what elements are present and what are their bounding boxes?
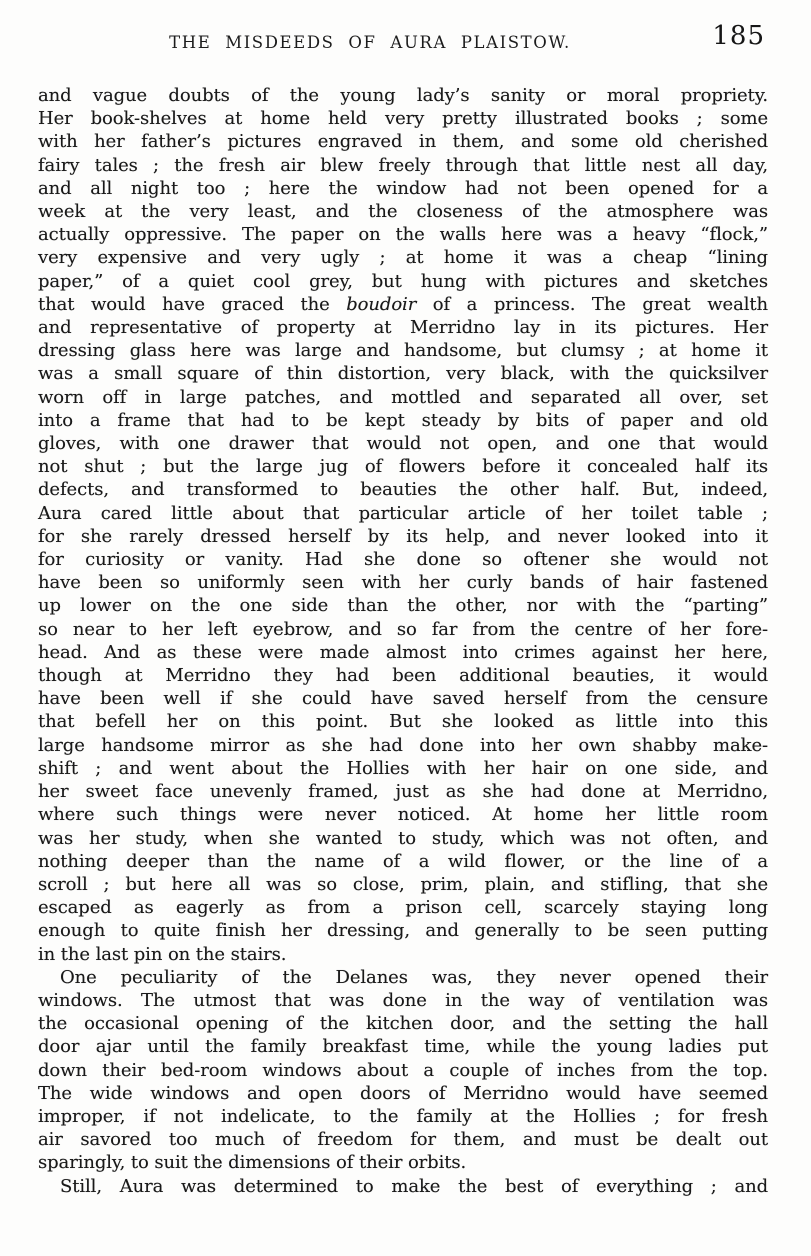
page-body: and vague doubts of the young lady’s san… bbox=[38, 84, 768, 1198]
text-line: shift ; and went about the Hollies with … bbox=[38, 757, 768, 780]
text-segment: Aura cared little about that particular … bbox=[38, 503, 768, 524]
text-segment: and representative of property at Merrid… bbox=[38, 317, 768, 338]
text-line: have been so uniformly seen with her cur… bbox=[38, 571, 768, 594]
text-segment: the occasional opening of the kitchen do… bbox=[38, 1013, 768, 1034]
text-segment: large handsome mirror as she had done in… bbox=[38, 735, 768, 756]
text-line: very expensive and very ugly ; at home i… bbox=[38, 246, 768, 269]
running-header-title: THE MISDEEDS OF AURA PLAISTOW. bbox=[120, 33, 620, 52]
text-line: fairy tales ; the fresh air blew freely … bbox=[38, 154, 768, 177]
text-segment: very expensive and very ugly ; at home i… bbox=[38, 247, 768, 268]
text-line: Her book-shelves at home held very prett… bbox=[38, 107, 768, 130]
text-line: large handsome mirror as she had done in… bbox=[38, 734, 768, 757]
text-segment: One peculiarity of the Delanes was, they… bbox=[60, 967, 768, 988]
text-line: worn off in large patches, and mottled a… bbox=[38, 386, 768, 409]
text-segment: nothing deeper than the name of a wild f… bbox=[38, 851, 768, 872]
text-line: that befell her on this point. But she l… bbox=[38, 710, 768, 733]
text-line: air savored too much of freedom for them… bbox=[38, 1128, 768, 1151]
text-line: week at the very least, and the closenes… bbox=[38, 200, 768, 223]
text-segment: dressing glass here was large and handso… bbox=[38, 340, 768, 361]
text-segment: her sweet face unevenly framed, just as … bbox=[38, 781, 768, 802]
text-segment: head. And as these were made almost into… bbox=[38, 642, 768, 663]
text-line: that would have graced the boudoir of a … bbox=[38, 293, 768, 316]
text-segment: defects, and transformed to beauties the… bbox=[38, 479, 768, 500]
text-segment: scroll ; but here all was so close, prim… bbox=[38, 874, 768, 895]
text-line: nothing deeper than the name of a wild f… bbox=[38, 850, 768, 873]
text-segment: that befell her on this point. But she l… bbox=[38, 711, 768, 732]
text-segment: though at Merridno they had been additio… bbox=[38, 665, 768, 686]
text-line: up lower on the one side than the other,… bbox=[38, 594, 768, 617]
text-segment: actually oppressive. The paper on the wa… bbox=[38, 224, 768, 245]
text-segment: shift ; and went about the Hollies with … bbox=[38, 758, 768, 779]
text-line: dressing glass here was large and handso… bbox=[38, 339, 768, 362]
text-line: Aura cared little about that particular … bbox=[38, 502, 768, 525]
text-line: windows. The utmost that was done in the… bbox=[38, 989, 768, 1012]
text-line: sparingly, to suit the dimensions of the… bbox=[38, 1151, 768, 1174]
text-segment: and all night too ; here the window had … bbox=[38, 178, 768, 199]
text-segment: so near to her left eyebrow, and so far … bbox=[38, 619, 768, 640]
text-line: actually oppressive. The paper on the wa… bbox=[38, 223, 768, 246]
text-line: The wide windows and open doors of Merri… bbox=[38, 1082, 768, 1105]
text-line: have been well if she could have saved h… bbox=[38, 687, 768, 710]
text-segment: was a small square of thin distortion, v… bbox=[38, 363, 768, 384]
text-line: and all night too ; here the window had … bbox=[38, 177, 768, 200]
text-segment: enough to quite finish her dressing, and… bbox=[38, 920, 768, 941]
text-segment: where such things were never noticed. At… bbox=[38, 804, 768, 825]
text-segment: week at the very least, and the closenes… bbox=[38, 201, 768, 222]
text-line: head. And as these were made almost into… bbox=[38, 641, 768, 664]
text-line: in the last pin on the stairs. bbox=[38, 943, 768, 966]
book-page: THE MISDEEDS OF AURA PLAISTOW. 185 and v… bbox=[0, 0, 811, 1256]
text-line: for curiosity or vanity. Had she done so… bbox=[38, 548, 768, 571]
text-segment: Her book-shelves at home held very prett… bbox=[38, 108, 768, 129]
text-segment: Still, Aura was determined to make the b… bbox=[60, 1176, 768, 1197]
text-segment: windows. The utmost that was done in the… bbox=[38, 990, 768, 1011]
text-line: with her father’s pictures engraved in t… bbox=[38, 130, 768, 153]
text-line: One peculiarity of the Delanes was, they… bbox=[38, 966, 768, 989]
text-line: door ajar until the family breakfast tim… bbox=[38, 1035, 768, 1058]
text-line: the occasional opening of the kitchen do… bbox=[38, 1012, 768, 1035]
text-line: enough to quite finish her dressing, and… bbox=[38, 919, 768, 942]
text-line: though at Merridno they had been additio… bbox=[38, 664, 768, 687]
text-segment: fairy tales ; the fresh air blew freely … bbox=[38, 155, 768, 176]
text-segment: have been so uniformly seen with her cur… bbox=[38, 572, 768, 593]
text-line: Still, Aura was determined to make the b… bbox=[38, 1175, 768, 1198]
text-line: paper,” of a quiet cool grey, but hung w… bbox=[38, 270, 768, 293]
text-segment: gloves, with one drawer that would not o… bbox=[38, 433, 768, 454]
text-segment: and vague doubts of the young lady’s san… bbox=[38, 85, 768, 106]
text-segment: up lower on the one side than the other,… bbox=[38, 595, 768, 616]
text-line: scroll ; but here all was so close, prim… bbox=[38, 873, 768, 896]
text-line: down their bed-room windows about a coup… bbox=[38, 1059, 768, 1082]
text-segment: into a frame that had to be kept steady … bbox=[38, 410, 768, 431]
text-segment: air savored too much of freedom for them… bbox=[38, 1129, 768, 1150]
text-segment: in the last pin on the stairs. bbox=[38, 944, 286, 965]
text-segment: The wide windows and open doors of Merri… bbox=[38, 1083, 768, 1104]
text-segment: of a princess. The great wealth bbox=[416, 294, 768, 315]
page-number: 185 bbox=[712, 21, 765, 51]
text-segment: for curiosity or vanity. Had she done so… bbox=[38, 549, 768, 570]
text-segment: with her father’s pictures engraved in t… bbox=[38, 131, 768, 152]
text-segment: for she rarely dressed herself by its he… bbox=[38, 526, 768, 547]
text-line: her sweet face unevenly framed, just as … bbox=[38, 780, 768, 803]
text-line: and representative of property at Merrid… bbox=[38, 316, 768, 339]
text-line: where such things were never noticed. At… bbox=[38, 803, 768, 826]
text-segment: that would have graced the bbox=[38, 294, 346, 315]
text-segment: have been well if she could have saved h… bbox=[38, 688, 768, 709]
text-segment: not shut ; but the large jug of flowers … bbox=[38, 456, 768, 477]
text-segment: improper, if not indelicate, to the fami… bbox=[38, 1106, 768, 1127]
text-segment: sparingly, to suit the dimensions of the… bbox=[38, 1152, 466, 1173]
text-line: defects, and transformed to beauties the… bbox=[38, 478, 768, 501]
text-line: for she rarely dressed herself by its he… bbox=[38, 525, 768, 548]
text-segment: paper,” of a quiet cool grey, but hung w… bbox=[38, 271, 768, 292]
text-line: and vague doubts of the young lady’s san… bbox=[38, 84, 768, 107]
text-line: was her study, when she wanted to study,… bbox=[38, 827, 768, 850]
text-line: escaped as eagerly as from a prison cell… bbox=[38, 896, 768, 919]
text-line: gloves, with one drawer that would not o… bbox=[38, 432, 768, 455]
text-segment: door ajar until the family breakfast tim… bbox=[38, 1036, 768, 1057]
text-segment: was her study, when she wanted to study,… bbox=[38, 828, 768, 849]
text-line: into a frame that had to be kept steady … bbox=[38, 409, 768, 432]
text-segment: escaped as eagerly as from a prison cell… bbox=[38, 897, 768, 918]
text-line: was a small square of thin distortion, v… bbox=[38, 362, 768, 385]
text-line: not shut ; but the large jug of flowers … bbox=[38, 455, 768, 478]
text-segment: worn off in large patches, and mottled a… bbox=[38, 387, 768, 408]
italic-word: boudoir bbox=[346, 294, 416, 315]
text-segment: down their bed-room windows about a coup… bbox=[38, 1060, 768, 1081]
text-line: so near to her left eyebrow, and so far … bbox=[38, 618, 768, 641]
text-line: improper, if not indelicate, to the fami… bbox=[38, 1105, 768, 1128]
